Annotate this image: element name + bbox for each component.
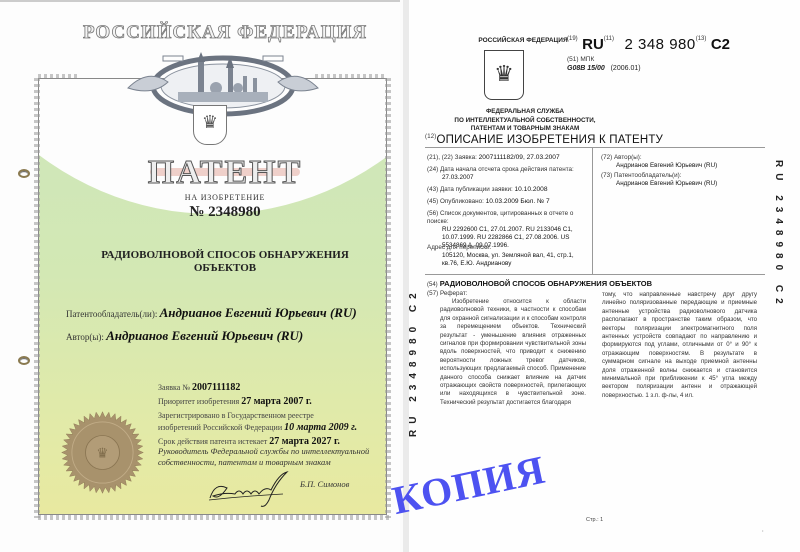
field-21: (21), (22) Заявка: 2007111182/09, 27.03.… — [427, 154, 592, 162]
field-73-label: (73) Патентообладатель(и): — [601, 172, 682, 179]
registered-row-1: Зарегистрировано в Государственном реест… — [158, 410, 398, 422]
agency-head-title-line1: Руководитель Федеральной службы по интел… — [158, 446, 388, 457]
abstract-column-2: тому, что направленные навстречу друг др… — [602, 291, 757, 400]
double-headed-eagle-icon: ♛ — [485, 61, 523, 87]
signer-name: Б.П. Симонов — [300, 479, 349, 489]
field-54-value: РАДИОВОЛНОВОЙ СПОСОБ ОБНАРУЖЕНИЯ ОБЪЕКТО… — [440, 279, 652, 288]
svg-text:♛: ♛ — [96, 446, 108, 461]
patent-subtitle: НА ИЗОБРЕТЕНИЕ — [70, 193, 380, 202]
patent-heading: ПАТЕНТ — [70, 154, 380, 192]
invention-title-line2: ОБЪЕКТОВ — [70, 262, 380, 275]
correspondence-address: Адрес для переписки: 105120, Москва, ул.… — [427, 244, 592, 268]
field-24-label: (24) Дата начала отсчета срока действия … — [427, 166, 574, 173]
priority-label: Приоритет изобретения — [158, 397, 239, 406]
field-21-value: 2007111182/09, 27.03.2007 — [479, 154, 560, 161]
patent-author-label: Автор(ы): — [66, 332, 104, 342]
field-45-label: (45) Опубликовано: — [427, 198, 484, 205]
publication-number: (19) RU(11) 2 348 980(13) C2 — [567, 36, 730, 54]
country-code: RU — [582, 36, 604, 53]
agency-head-title: Руководитель Федеральной службы по интел… — [158, 446, 388, 468]
application-row: Заявка № 2007111182 — [158, 382, 398, 394]
field-21-label: (21), (22) Заявка: — [427, 154, 477, 161]
registered-row-2: изобретений Российской Федерации 10 март… — [158, 422, 398, 434]
side-publication-code-right: RU 2348980 C2 — [773, 160, 784, 310]
side-publication-code-left: RU 2348980 C2 — [408, 287, 419, 437]
field-72-label: (72) Автор(ы): — [601, 154, 642, 161]
field-43-value: 10.10.2008 — [515, 186, 548, 193]
agency-name: ФЕДЕРАЛЬНАЯ СЛУЖБА ПО ИНТЕЛЛЕКТУАЛЬНОЙ С… — [440, 108, 610, 134]
patent-holder-value: Андрианов Евгений Юрьевич (RU) — [160, 305, 357, 320]
patent-number: № 2348980 — [70, 204, 380, 221]
tag-11: (11) — [604, 36, 614, 42]
tag-12: (12) — [425, 134, 436, 140]
binder-hole-bottom — [18, 356, 30, 365]
ipc-label: (51) МПК — [567, 56, 594, 63]
signature-icon — [205, 470, 295, 510]
agency-line3: ПАТЕНТАМ И ТОВАРНЫМ ЗНАКАМ — [440, 125, 610, 134]
registration-block: Заявка № 2007111182 Приоритет изобретени… — [158, 382, 398, 448]
coat-of-arms-icon: ♛ — [193, 105, 227, 145]
registered-value: 10 марта 2009 г. — [284, 422, 357, 433]
abstract-divider — [425, 274, 765, 275]
agency-head-title-line2: собственности, патентам и товарным знака… — [158, 457, 388, 468]
agency-line2: ПО ИНТЕЛЛЕКТУАЛЬНОЙ СОБСТВЕННОСТИ, — [440, 117, 610, 126]
spec-coat-of-arms-icon: ♛ — [484, 50, 524, 100]
description-title: (12)ОПИСАНИЕ ИЗОБРЕТЕНИЯ К ПАТЕНТУ — [425, 134, 663, 146]
address-line1: 105120, Москва, ул. Земляной вал, 41, ст… — [427, 252, 592, 260]
invention-title: РАДИОВОЛНОВОЙ СПОСОБ ОБНАРУЖЕНИЯ ОБЪЕКТО… — [70, 249, 380, 275]
field-45: (45) Опубликовано: 10.03.2009 Бюл. № 7 — [427, 198, 592, 206]
application-value: 2007111182 — [192, 382, 240, 393]
description-title-text: ОПИСАНИЕ ИЗОБРЕТЕНИЯ К ПАТЕНТУ — [436, 134, 663, 146]
ornament-border-bottom — [38, 515, 390, 520]
field-73: (73) Патентообладатель(и): Андрианов Евг… — [601, 172, 761, 188]
field-43: (43) Дата публикации заявки: 10.10.2008 — [427, 186, 592, 194]
patent-author: Автор(ы): Андрианов Евгений Юрьевич (RU) — [66, 328, 303, 344]
ornament-border-left — [34, 78, 40, 518]
abstract-column-1: Изобретение относится к области радиовол… — [440, 298, 586, 407]
registered-label: изобретений Российской Федерации — [158, 423, 282, 432]
field-72: (72) Автор(ы): Андрианов Евгений Юрьевич… — [601, 154, 761, 170]
application-label: Заявка № — [158, 383, 190, 392]
priority-value: 27 марта 2007 г. — [241, 396, 312, 407]
certificate-country-title: РОССИЙСКАЯ ФЕДЕРАЦИЯ — [60, 22, 390, 44]
tag-19: (19) — [567, 36, 578, 42]
priority-row: Приоритет изобретения 27 марта 2007 г. — [158, 396, 398, 408]
tag-13: (13) — [696, 36, 707, 42]
ipc-code: G08B 15/00 (2006.01) — [567, 65, 641, 72]
patent-holder: Патентообладатель(ли): Андрианов Евгений… — [66, 305, 357, 321]
page-footer: Стр.: 1 — [586, 517, 603, 523]
field-43-label: (43) Дата публикации заявки: — [427, 186, 513, 193]
patent-holder-label: Патентообладатель(ли): — [66, 309, 157, 319]
address-label: Адрес для переписки: — [427, 244, 491, 251]
ornament-border-top-left — [38, 74, 78, 78]
field-24: (24) Дата начала отсчета срока действия … — [427, 166, 592, 182]
bibliographic-divider — [592, 148, 593, 274]
patent-author-value: Андрианов Евгений Юрьевич (RU) — [106, 328, 303, 343]
title-rule — [425, 147, 765, 148]
tag-54: (54) — [427, 282, 438, 288]
field-72-value: Андрианов Евгений Юрьевич (RU) — [601, 162, 761, 170]
kind-code: C2 — [711, 36, 730, 53]
field-45-value: 10.03.2009 Бюл. № 7 — [486, 198, 550, 205]
field-56-label: (56) Список документов, цитированных в о… — [427, 210, 573, 225]
agency-line1: ФЕДЕРАЛЬНАЯ СЛУЖБА — [440, 108, 610, 117]
corner-mark: • — [762, 528, 763, 533]
pub-number: 2 348 980 — [624, 36, 695, 53]
binder-hole-top — [18, 169, 30, 178]
ipc-version: (2006.01) — [611, 65, 641, 72]
gold-seal-icon: ♛ — [60, 410, 145, 495]
ipc-code-value: G08B 15/00 — [567, 65, 605, 72]
address-line2: кв.76, Е.Ю. Андрианову — [427, 260, 592, 268]
field-24-value: 27.03.2007 — [427, 174, 592, 182]
double-headed-eagle-icon: ♛ — [194, 112, 226, 133]
abstract-label: (57) Реферат: — [427, 290, 468, 297]
field-73-value: Андрианов Евгений Юрьевич (RU) — [601, 180, 761, 188]
expiry-label: Срок действия патента истекает — [158, 437, 267, 446]
field-54: (54) РАДИОВОЛНОВОЙ СПОСОБ ОБНАРУЖЕНИЯ ОБ… — [427, 279, 652, 288]
invention-title-line1: РАДИОВОЛНОВОЙ СПОСОБ ОБНАРУЖЕНИЯ — [70, 249, 380, 262]
